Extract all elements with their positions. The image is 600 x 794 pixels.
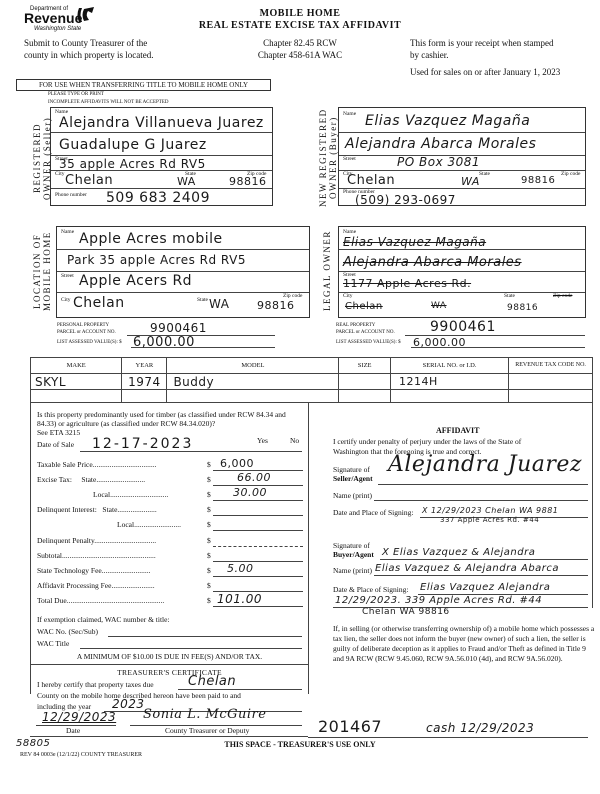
delinquent-interest-local-label: Local......................... bbox=[117, 520, 181, 529]
dollar-sign: $ bbox=[207, 475, 211, 484]
exemption-label: If exemption claimed, WAC number & title… bbox=[37, 615, 170, 624]
receipt-number: 201467 bbox=[318, 717, 382, 736]
receipt-note-1: This form is your receipt when stamped bbox=[410, 38, 553, 48]
state-technology-fee-label: State Technology Fee....................… bbox=[37, 566, 151, 575]
form-title-line1: MOBILE HOME bbox=[0, 8, 600, 19]
used-for-note: Used for sales on or after January 1, 20… bbox=[410, 67, 560, 77]
buyer-name-label: Name bbox=[343, 111, 356, 117]
dollar-sign: $ bbox=[207, 551, 211, 560]
treasurer-cert-line1: I hereby certify that property taxes due bbox=[37, 680, 154, 689]
notice-box: FOR USE WHEN TRANSFERRING TITLE TO MOBIL… bbox=[16, 79, 271, 91]
stamp-number: 58805 bbox=[16, 738, 50, 749]
seller-city[interactable]: Chelan bbox=[65, 173, 113, 188]
affidavit-processing-fee-label: Affidavit Processing Fee................… bbox=[37, 581, 155, 590]
buyer-date-place-1[interactable]: Elias Vazquez Alejandra bbox=[420, 582, 550, 593]
taxable-sale-price-label: Taxable Sale Price......................… bbox=[37, 460, 156, 469]
buyer-street[interactable]: PO Box 3081 bbox=[397, 155, 480, 169]
treasurer-year[interactable]: 2023 bbox=[112, 697, 145, 711]
buyer-sig-label-2: Buyer/Agent bbox=[333, 550, 374, 559]
minimum-due-note: A MINIMUM OF $10.00 IS DUE IN FEE(S) AND… bbox=[31, 652, 308, 661]
excise-state-label: Excise Tax: State.......................… bbox=[37, 475, 145, 484]
form-id: REV 84 0003e (12/1/22) COUNTY TREASURER bbox=[20, 752, 142, 758]
legal-owner-box: Name Elias Vazquez Magaña Alejandra Abar… bbox=[338, 226, 586, 318]
legal-owner-name-2[interactable]: Alejandra Abarca Morales bbox=[343, 255, 522, 270]
date-of-sale[interactable]: 12-17-2023 bbox=[92, 436, 193, 452]
buyer-name-print-label: Name (print) bbox=[333, 566, 372, 575]
buyer-street-label: Street bbox=[343, 156, 356, 162]
location-box: Name Apple Acres mobile Park 35 apple Ac… bbox=[56, 226, 310, 318]
delinquent-interest-state-label: Delinquent Interest: State..............… bbox=[37, 505, 157, 514]
buyer-state-label: State bbox=[479, 171, 490, 177]
buyer-date-place-label: Date & Place of Signing: bbox=[333, 585, 408, 594]
table-row bbox=[31, 390, 593, 403]
seller-name-print-label: Name (print) bbox=[333, 491, 372, 500]
legal-owner-zip[interactable]: 98816 bbox=[507, 303, 538, 313]
location-state[interactable]: WA bbox=[209, 297, 229, 311]
location-name-1[interactable]: Apple Acres mobile bbox=[79, 231, 223, 247]
buyer-date-place-3[interactable]: Chelan WA 98816 bbox=[362, 607, 450, 617]
timber-yes[interactable]: Yes bbox=[257, 436, 268, 445]
buyer-phone[interactable]: (509) 293-0697 bbox=[355, 193, 456, 207]
legal-owner-state[interactable]: WA bbox=[431, 301, 447, 311]
col-model: MODEL bbox=[167, 358, 339, 374]
seller-date-place-2[interactable]: 337 Apple Acres Rd. #44 bbox=[440, 516, 539, 524]
treasurer-county[interactable]: Chelan bbox=[188, 674, 236, 689]
seller-state[interactable]: WA bbox=[177, 175, 196, 188]
state-technology-fee[interactable]: 5.00 bbox=[227, 562, 254, 575]
buyer-box: Name Elias Vazquez Magaña Alejandra Abar… bbox=[338, 107, 586, 206]
notice-incomplete: INCOMPLETE AFFIDAVITS WILL NOT BE ACCEPT… bbox=[48, 100, 169, 105]
buyer-label-1: NEW REGISTERED bbox=[318, 109, 328, 208]
legal-zip-label: Zip code bbox=[553, 293, 572, 299]
cell-model[interactable]: Buddy bbox=[167, 374, 339, 390]
seller-phone-label: Phone number bbox=[55, 192, 87, 198]
buyer-name-1[interactable]: Elias Vazquez Magaña bbox=[365, 113, 530, 129]
location-zip[interactable]: 98816 bbox=[257, 299, 295, 312]
buyer-state[interactable]: WA bbox=[461, 175, 480, 188]
col-revenue-tax-code: REVENUE TAX CODE NO. bbox=[509, 358, 593, 374]
treasurer-signature[interactable]: Sonia L. McGuire bbox=[143, 707, 266, 722]
real-list-assessed-label: LIST ASSESSED VALUE(S): $ bbox=[336, 340, 401, 345]
real-property-label-1: REAL PROPERTY bbox=[336, 323, 375, 328]
seller-signature[interactable]: Alejandra Juarez bbox=[388, 452, 582, 477]
payment-info: cash 12/29/2023 bbox=[426, 721, 534, 735]
seller-box: Name Alejandra Villanueva Juarez Guadalu… bbox=[50, 107, 273, 206]
dollar-sign: $ bbox=[207, 505, 211, 514]
treasurer-date[interactable]: 12/29/2023 bbox=[42, 710, 116, 724]
col-size: SIZE bbox=[339, 358, 391, 374]
personal-property-label-2: PARCEL or ACCOUNT NO. bbox=[57, 330, 116, 335]
dollar-sign: $ bbox=[207, 596, 211, 605]
total-due-label: Total Due...............................… bbox=[37, 596, 164, 605]
cell-tax-code[interactable] bbox=[509, 374, 593, 390]
cell-serial[interactable]: 1214H bbox=[390, 374, 508, 390]
buyer-date-place-2[interactable]: 12/29/2023. 339 Apple Acres Rd. #44 bbox=[335, 595, 542, 606]
seller-sig-label-1: Signature of bbox=[333, 465, 370, 474]
dollar-sign: $ bbox=[207, 520, 211, 529]
seller-label-1: REGISTERED bbox=[32, 123, 42, 193]
legal-owner-city[interactable]: Chelan bbox=[345, 301, 383, 312]
buyer-sig-label-1: Signature of bbox=[333, 541, 370, 550]
seller-date-place-label: Date and Place of Signing: bbox=[333, 508, 413, 517]
col-serial: SERIAL NO. or I.D. bbox=[390, 358, 508, 374]
cell-size[interactable] bbox=[339, 390, 391, 403]
seller-name-2[interactable]: Guadalupe G Juarez bbox=[59, 137, 207, 153]
seller-sig-label-2: Seller/Agent bbox=[333, 474, 373, 483]
cell-model[interactable] bbox=[167, 390, 339, 403]
buyer-signature[interactable]: X Elias Vazquez & Alejandra bbox=[382, 547, 535, 558]
table-row: SKYL 1974 Buddy 1214H bbox=[31, 374, 593, 390]
affidavit-certify-1: I certify under penalty of perjury under… bbox=[333, 437, 521, 446]
seller-name-1[interactable]: Alejandra Villanueva Juarez bbox=[59, 115, 264, 131]
buyer-section-label: NEW REGISTERED OWNER (Buyer) bbox=[318, 108, 338, 208]
legal-owner-name-1[interactable]: Elias Vazquez Magaña bbox=[343, 235, 486, 249]
left-border bbox=[30, 402, 31, 694]
seller-zip[interactable]: 98816 bbox=[229, 175, 267, 188]
seller-street[interactable]: 35 apple Acres Rd RV5 bbox=[59, 157, 206, 171]
personal-property-label-1: PERSONAL PROPERTY bbox=[57, 323, 109, 328]
dollar-sign: $ bbox=[207, 460, 211, 469]
delinquent-penalty-label: Delinquent Penalty......................… bbox=[37, 536, 156, 545]
location-street-label: Street bbox=[61, 273, 74, 279]
excise-local-label: Local............................... bbox=[93, 490, 168, 499]
cell-size[interactable] bbox=[339, 374, 391, 390]
treasurer-date-label: Date bbox=[66, 726, 80, 735]
buyer-name-print[interactable]: Elias Vazquez & Alejandra Abarca bbox=[375, 563, 559, 574]
location-section-label: LOCATION OF MOBILE HOME bbox=[32, 222, 52, 320]
col-year: YEAR bbox=[122, 358, 167, 374]
location-city[interactable]: Chelan bbox=[73, 295, 125, 311]
table-header-row: MAKE YEAR MODEL SIZE SERIAL NO. or I.D. … bbox=[31, 358, 593, 374]
legal-state-label: State bbox=[504, 293, 515, 299]
cell-serial[interactable] bbox=[390, 390, 508, 403]
receipt-note-2: by cashier. bbox=[410, 50, 449, 60]
location-name-label: Name bbox=[61, 229, 74, 235]
chapter-wac: Chapter 458-61A WAC bbox=[0, 50, 600, 60]
buyer-zip-label: Zip code bbox=[561, 171, 580, 177]
notice-type-print: PLEASE TYPE OR PRINT bbox=[48, 92, 104, 97]
cell-make[interactable] bbox=[31, 390, 122, 403]
real-property-label: REAL PROPERTY PARCEL or ACCOUNT NO. bbox=[336, 322, 395, 336]
taxable-sale-price[interactable]: 6,000 bbox=[220, 457, 254, 470]
buyer-zip[interactable]: 98816 bbox=[521, 175, 555, 186]
cell-make[interactable]: SKYL bbox=[31, 374, 122, 390]
treasurer-signer-label: County Treasurer or Deputy bbox=[165, 726, 249, 735]
see-eta: See ETA 3215 bbox=[37, 428, 80, 437]
personal-parcel-no[interactable]: 9900461 bbox=[150, 321, 207, 335]
real-parcel-no[interactable]: 9900461 bbox=[430, 319, 496, 335]
personal-property-label: PERSONAL PROPERTY PARCEL or ACCOUNT NO. bbox=[57, 322, 116, 336]
dollar-sign: $ bbox=[207, 536, 211, 545]
seller-section-label: REGISTERED OWNER (Seller) bbox=[32, 108, 52, 208]
timber-question: Is this property predominantly used for … bbox=[37, 410, 303, 428]
dollar-sign: $ bbox=[207, 581, 211, 590]
col-make: MAKE bbox=[31, 358, 122, 374]
lien-notice: If, in selling (or otherwise transferrin… bbox=[333, 624, 595, 664]
wac-no-label: WAC No. (Sec/Sub) bbox=[37, 627, 98, 636]
legal-owner-section-label: LEGAL OWNER bbox=[322, 222, 332, 320]
buyer-name-2[interactable]: Alejandra Abarca Morales bbox=[345, 136, 536, 152]
mobile-home-table: MAKE YEAR MODEL SIZE SERIAL NO. or I.D. … bbox=[30, 357, 593, 403]
excise-tax-local[interactable]: 30.00 bbox=[233, 486, 267, 499]
location-name-2[interactable]: Park 35 apple Acres Rd RV5 bbox=[67, 253, 246, 267]
personal-list-assessed-label: LIST ASSESSED VALUE(S): $ bbox=[57, 340, 122, 345]
seller-city-label: City bbox=[55, 171, 64, 177]
dollar-sign: $ bbox=[207, 566, 211, 575]
legal-owner-label: LEGAL OWNER bbox=[322, 231, 332, 312]
cell-year[interactable]: 1974 bbox=[122, 374, 167, 390]
seller-phone[interactable]: 509 683 2409 bbox=[106, 190, 210, 206]
center-divider bbox=[308, 402, 309, 694]
real-assessed-value[interactable]: 6,000.00 bbox=[413, 336, 466, 349]
personal-assessed-value[interactable]: 6,000.00 bbox=[133, 335, 195, 350]
treasurer-use-only: THIS SPACE - TREASURER'S USE ONLY bbox=[0, 740, 600, 749]
location-label-2: MOBILE HOME bbox=[42, 231, 52, 311]
timber-no[interactable]: No bbox=[290, 436, 299, 445]
location-state-label: State bbox=[197, 297, 208, 303]
cell-tax-code[interactable] bbox=[509, 390, 593, 403]
seller-date-place-1[interactable]: X 12/29/2023 Chelan WA 9881 bbox=[422, 506, 558, 515]
subtotal-label: Subtotal................................… bbox=[37, 551, 156, 560]
location-city-label: City bbox=[61, 297, 70, 303]
excise-tax-state[interactable]: 66.00 bbox=[237, 471, 271, 484]
location-label-1: LOCATION OF bbox=[32, 233, 42, 308]
total-due[interactable]: 101.00 bbox=[217, 592, 262, 606]
buyer-city[interactable]: Chelan bbox=[347, 173, 395, 188]
date-of-sale-label: Date of Sale bbox=[37, 440, 74, 449]
buyer-label-2: OWNER (Buyer) bbox=[328, 117, 338, 200]
real-property-label-2: PARCEL or ACCOUNT NO. bbox=[336, 330, 395, 335]
cell-year[interactable] bbox=[122, 390, 167, 403]
legal-owner-street[interactable]: 1177 Apple Acres Rd. bbox=[343, 277, 471, 290]
treasurer-cert-title: TREASURER'S CERTIFICATE bbox=[31, 668, 308, 677]
wac-title-label: WAC Title bbox=[37, 639, 69, 648]
affidavit-title: AFFIDAVIT bbox=[436, 426, 479, 435]
form-title-line2: REAL ESTATE EXCISE TAX AFFIDAVIT bbox=[0, 20, 600, 31]
location-street[interactable]: Apple Acers Rd bbox=[79, 273, 192, 289]
legal-city-label: City bbox=[343, 293, 352, 299]
dollar-sign: $ bbox=[207, 490, 211, 499]
